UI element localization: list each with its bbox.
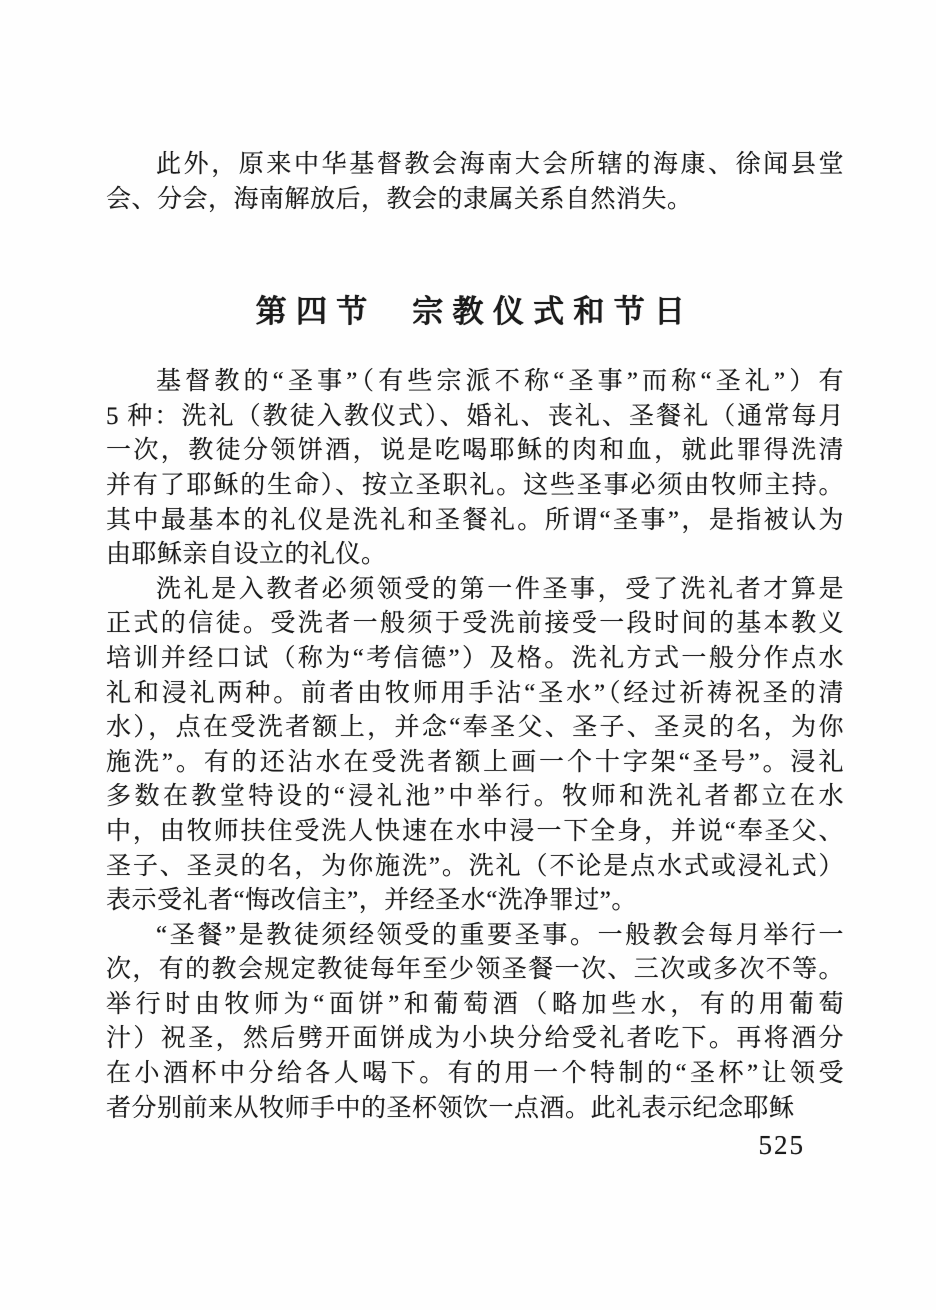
scanned-book-page: 此外，原来中华基督教会海南大会所辖的海康、徐闻县堂会、分会，海南解放后，教会的隶… bbox=[0, 0, 936, 1310]
text-line: 由耶稣亲自设立的礼仪。 bbox=[106, 538, 844, 573]
text-line: 基督教的“圣事”（有些宗派不称“圣事”而称“圣礼”）有 bbox=[106, 365, 844, 400]
text-line: 在小酒杯中分给各人喝下。有的用一个特制的“圣杯”让领受 bbox=[106, 1057, 844, 1092]
text-line: 施洗”。有的还沾水在受洗者额上画一个十字架“圣号”。浸礼 bbox=[106, 746, 844, 781]
text-line: 培训并经口试（称为“考信德”）及格。洗礼方式一般分作点水 bbox=[106, 642, 844, 677]
text-line: 并有了耶稣的生命）、按立圣职礼。这些圣事必须由牧师主持。 bbox=[106, 469, 844, 504]
text-column: 此外，原来中华基督教会海南大会所辖的海康、徐闻县堂会、分会，海南解放后，教会的隶… bbox=[106, 148, 844, 1126]
text-line: 洗礼是入教者必须领受的第一件圣事，受了洗礼者才算是 bbox=[106, 573, 844, 608]
text-line: 一次，教徒分领饼酒，说是吃喝耶稣的肉和血，就此罪得洗清 bbox=[106, 434, 844, 469]
text-line: 者分别前来从牧师手中的圣杯领饮一点酒。此礼表示纪念耶稣 bbox=[106, 1092, 844, 1127]
section-title: 宗教仪式和节日 bbox=[412, 294, 694, 329]
text-line: 水），点在受洗者额上，并念“奉圣父、圣子、圣灵的名，为你 bbox=[106, 711, 844, 746]
text-line: “圣餐”是教徒须经领受的重要圣事。一般教会每月举行一 bbox=[106, 919, 844, 954]
text-line: 正式的信徒。受洗者一般须于受洗前接受一段时间的基本教义 bbox=[106, 607, 844, 642]
intro-paragraph: 此外，原来中华基督教会海南大会所辖的海康、徐闻县堂会、分会，海南解放后，教会的隶… bbox=[106, 148, 844, 217]
text-line: 次，有的教会规定教徒每年至少领圣餐一次、三次或多次不等。 bbox=[106, 953, 844, 988]
section-number: 第四节 bbox=[256, 294, 377, 329]
text-line: 会、分会，海南解放后，教会的隶属关系自然消失。 bbox=[106, 183, 844, 218]
text-line: 举行时由牧师为“面饼”和葡萄酒（略加些水，有的用葡萄 bbox=[106, 988, 844, 1023]
body-paragraph-communion: “圣餐”是教徒须经领受的重要圣事。一般教会每月举行一次，有的教会规定教徒每年至少… bbox=[106, 919, 844, 1127]
body-paragraph-baptism: 洗礼是入教者必须领受的第一件圣事，受了洗礼者才算是正式的信徒。受洗者一般须于受洗… bbox=[106, 573, 844, 919]
body-paragraph-sacraments: 基督教的“圣事”（有些宗派不称“圣事”而称“圣礼”）有5 种：洗礼（教徒入教仪式… bbox=[106, 365, 844, 573]
text-line: 汁）祝圣，然后劈开面饼成为小块分给受礼者吃下。再将酒分 bbox=[106, 1022, 844, 1057]
text-line: 表示受礼者“悔改信主”，并经圣水“洗净罪过”。 bbox=[106, 884, 844, 919]
text-line: 其中最基本的礼仪是洗礼和圣餐礼。所谓“圣事”，是指被认为 bbox=[106, 504, 844, 539]
text-line: 此外，原来中华基督教会海南大会所辖的海康、徐闻县堂 bbox=[106, 148, 844, 183]
text-line: 多数在教堂特设的“浸礼池”中举行。牧师和洗礼者都立在水 bbox=[106, 780, 844, 815]
section-heading: 第四节宗教仪式和节日 bbox=[106, 289, 844, 335]
text-line: 5 种：洗礼（教徒入教仪式）、婚礼、丧礼、圣餐礼（通常每月 bbox=[106, 400, 844, 435]
text-line: 中，由牧师扶住受洗人快速在水中浸一下全身，并说“奉圣父、 bbox=[106, 815, 844, 850]
text-line: 圣子、圣灵的名，为你施洗”。洗礼（不论是点水式或浸礼式） bbox=[106, 850, 844, 885]
page-number: 525 bbox=[759, 1130, 806, 1161]
text-line: 礼和浸礼两种。前者由牧师用手沾“圣水”（经过祈祷祝圣的清 bbox=[106, 677, 844, 712]
